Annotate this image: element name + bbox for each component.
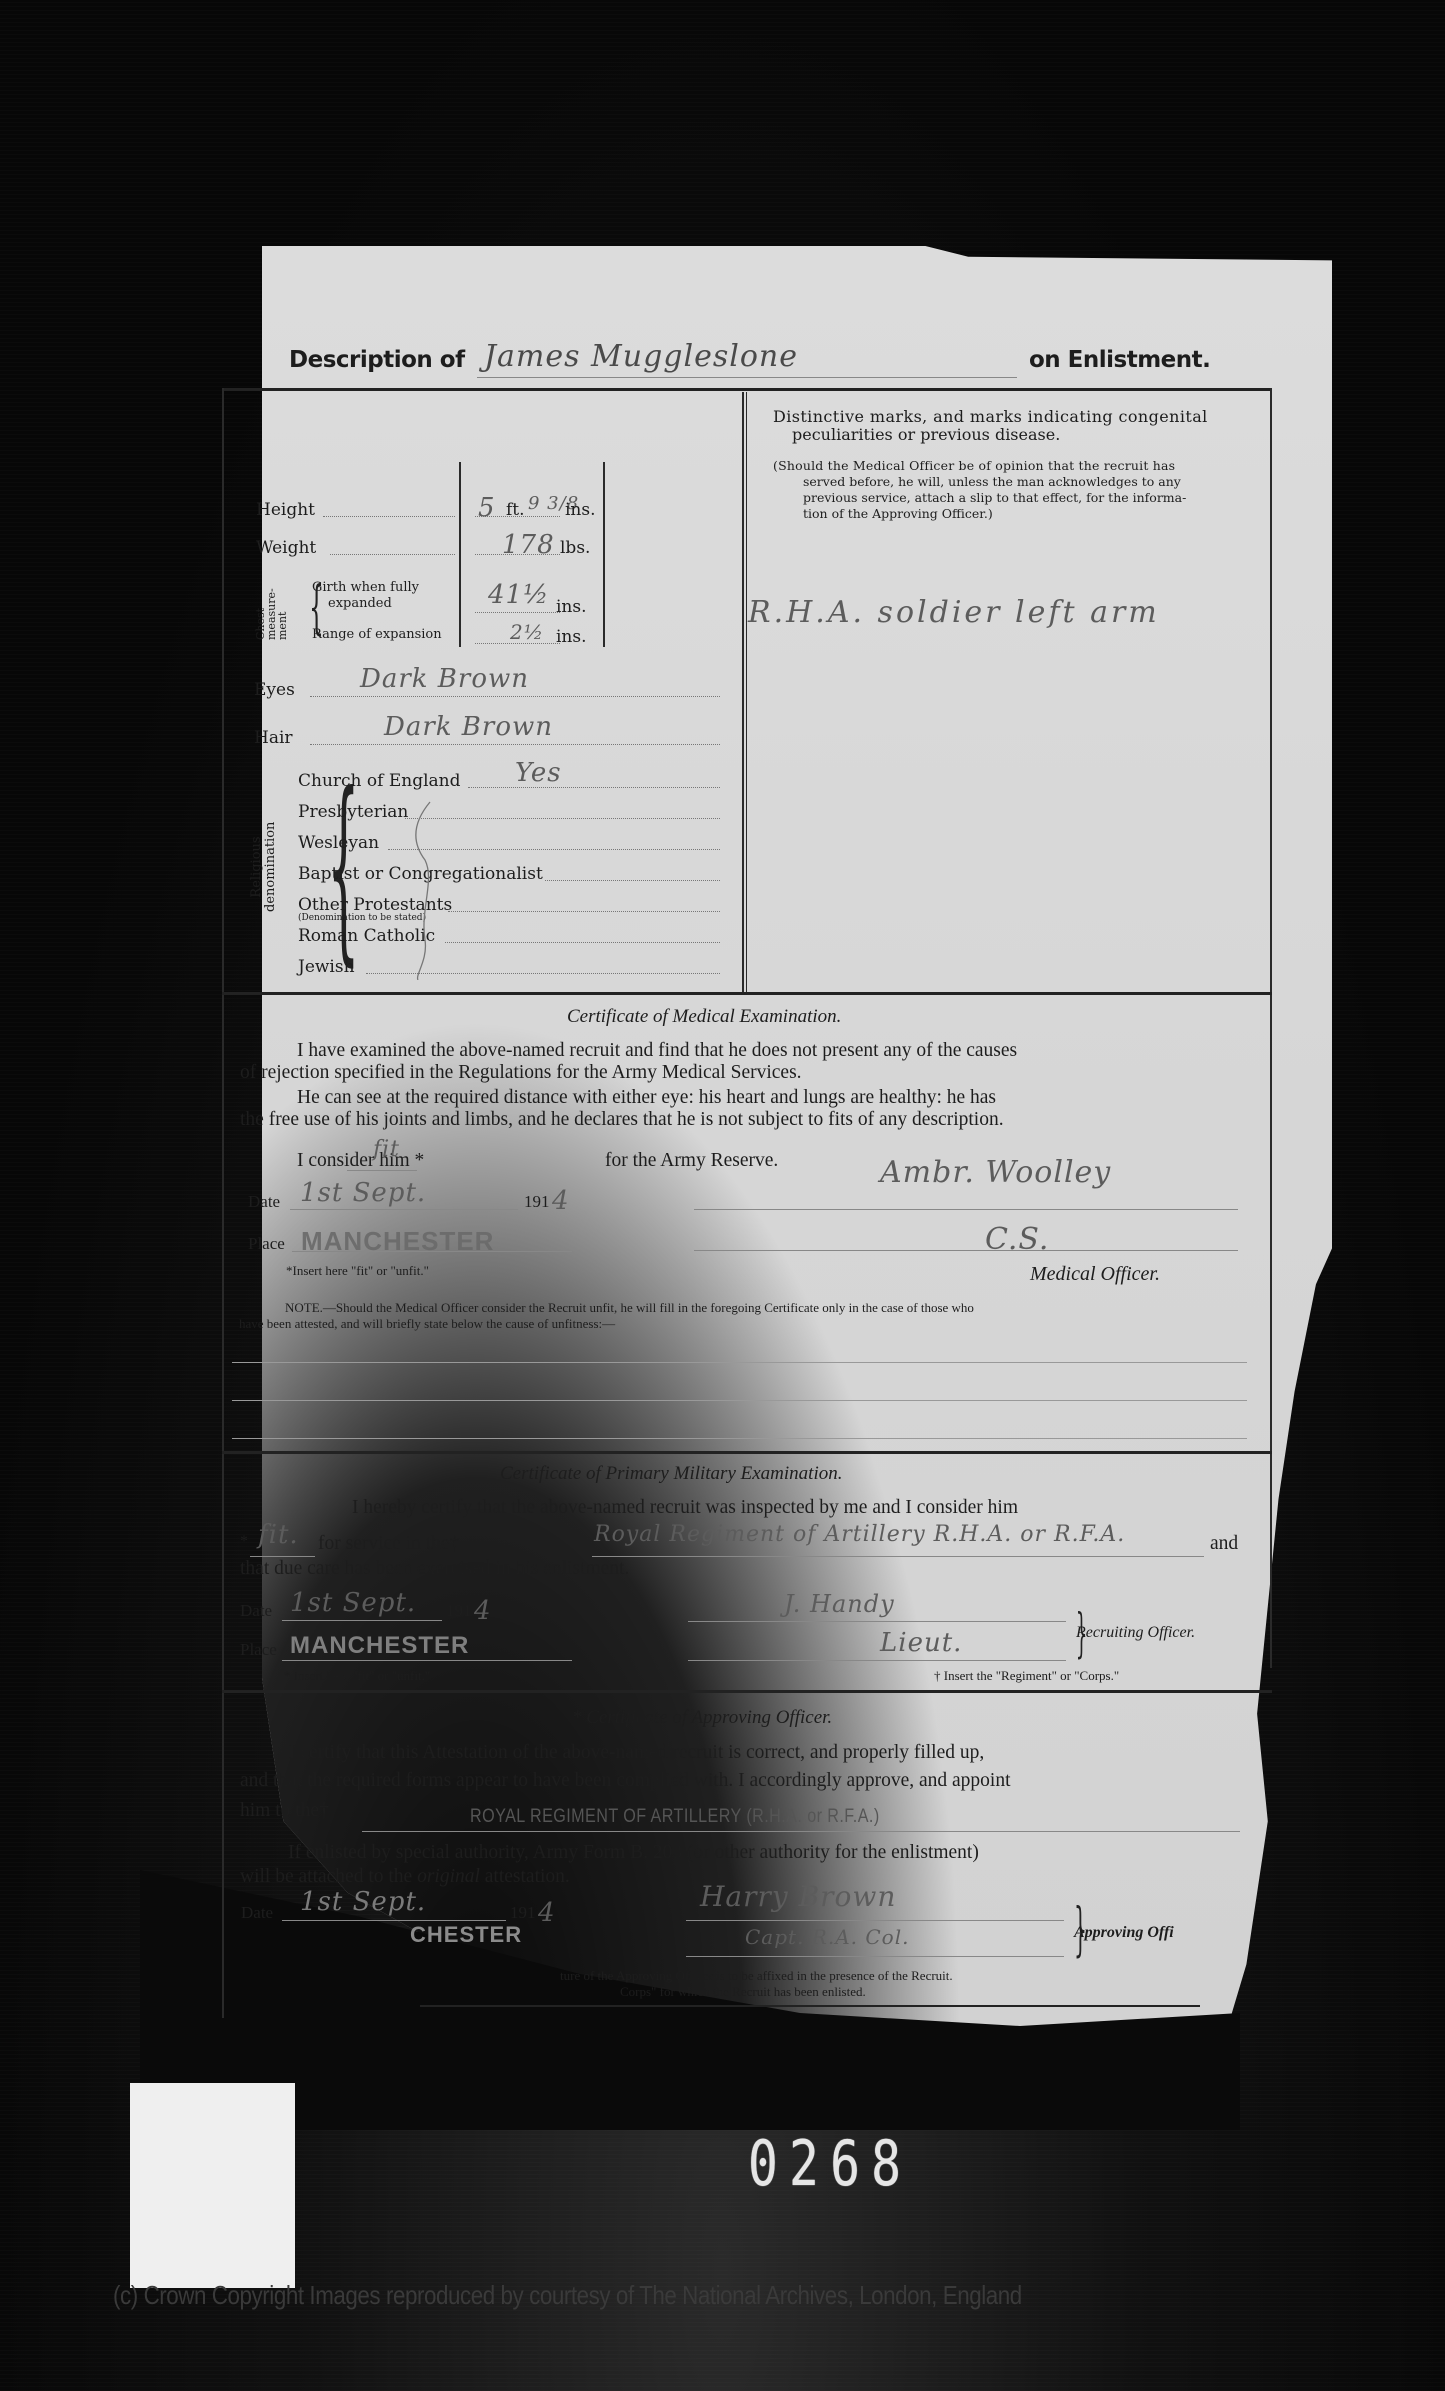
medical-heading: Certificate of Medical Examination. <box>567 1006 841 1028</box>
military-place-stamp: MANCHESTER <box>290 1632 469 1660</box>
religion-dots <box>545 880 720 881</box>
military-year-prefix: 191 <box>446 1601 472 1621</box>
frame-top-rule <box>222 388 1272 391</box>
medical-top-rule <box>222 992 1272 995</box>
military-date-value: 1st Sept. <box>290 1588 416 1618</box>
weight-value: 178 <box>502 530 555 560</box>
marks-note-4: tion of the Approving Officer.) <box>803 506 993 521</box>
approving-bottom-rule <box>420 2005 1200 2007</box>
height-ft-unit: ft. <box>506 500 525 520</box>
medical-consider-prefix: I consider him * <box>297 1150 424 1172</box>
title-suffix: on Enlistment. <box>1029 347 1210 373</box>
approving-line5-ital: original <box>417 1866 480 1887</box>
approving-sig-line <box>686 1920 1064 1921</box>
medical-date-line <box>290 1209 518 1210</box>
military-sig-line-2 <box>688 1660 1066 1661</box>
document-title: Description of James Muggleslone on Enli… <box>289 345 1249 390</box>
medical-sig-line <box>694 1209 1238 1210</box>
military-service-line <box>592 1556 1204 1557</box>
medical-para2-l2: the free use of his joints and limbs, an… <box>240 1109 1004 1131</box>
marks-heading-1: Distinctive marks, and marks indicating … <box>773 407 1208 426</box>
medical-year-digit: 4 <box>552 1186 570 1216</box>
medical-para1-l2: of rejection specified in the Regulation… <box>240 1062 802 1084</box>
approving-line5-pre: will be attached to the <box>240 1866 417 1887</box>
copyright-watermark: (c) Crown Copyright Images reproduced by… <box>113 2280 1022 2311</box>
medical-sig-line-2 <box>694 1250 1238 1251</box>
medical-place-label: Place <box>248 1234 285 1254</box>
name-line <box>477 377 1017 378</box>
marks-note-1: (Should the Medical Officer be of opinio… <box>773 458 1175 473</box>
height-label: Height <box>256 500 315 520</box>
religion-dots <box>445 942 720 943</box>
range-value: 2½ <box>510 620 544 644</box>
unfitness-line-2 <box>232 1400 1247 1401</box>
height-dots <box>323 516 455 517</box>
medical-note: NOTE.—Should the Medical Officer conside… <box>285 1300 974 1316</box>
military-top-rule <box>222 1451 1272 1454</box>
height-in-unit: ins. <box>565 500 596 520</box>
medical-date-label: Date <box>248 1192 280 1212</box>
military-year-digit: 4 <box>474 1596 492 1626</box>
approving-signature: Harry Brown <box>700 1880 896 1913</box>
medical-year-prefix: 191 <box>524 1192 550 1212</box>
frame-left-rule <box>222 388 224 2018</box>
girth-label-2: expanded <box>328 596 392 611</box>
approving-heading: * Certificate of Approving Officer. <box>572 1707 832 1729</box>
religion-ditto-stroke <box>410 800 440 980</box>
chest-label: Chest measure-ment <box>255 560 288 640</box>
approving-year-digit: 4 <box>538 1898 556 1928</box>
hair-label: Hair <box>254 728 293 748</box>
medical-consider-suffix: for the Army Reserve. <box>605 1150 778 1172</box>
girth-value-dots <box>475 612 560 613</box>
film-marker-card <box>130 2083 295 2288</box>
religion-wesleyan: Wesleyan <box>298 833 379 853</box>
approving-officer-label: Approving Offi <box>1074 1924 1174 1942</box>
approving-top-rule <box>222 1690 1272 1693</box>
title-prefix: Description of <box>289 347 465 373</box>
eyes-dots <box>310 696 720 697</box>
military-rank: Lieut. <box>880 1628 962 1658</box>
consider-line <box>347 1170 417 1171</box>
military-service-value: Royal Regiment of Artillery R.H.A. or R.… <box>594 1522 1125 1547</box>
approving-date-value: 1st Sept. <box>300 1887 426 1917</box>
military-fit-line <box>250 1556 315 1557</box>
military-date-line <box>282 1620 442 1621</box>
military-fit-star: * <box>240 1533 248 1551</box>
medical-signature: Ambr. Woolley <box>880 1155 1111 1190</box>
military-service-prefix: for service in the† <box>318 1533 459 1555</box>
frame-number: 0268 <box>748 2127 912 2200</box>
military-signature: J. Handy <box>784 1590 895 1618</box>
measure-col-left <box>459 462 461 647</box>
religion-dots <box>448 911 720 912</box>
approving-rank: Capt. R.A. Col. <box>745 1925 909 1949</box>
hair-dots <box>310 744 720 745</box>
approving-date-line <box>282 1920 506 1921</box>
religion-other-note: (Denomination to be stated) <box>298 913 426 923</box>
girth-unit: ins. <box>556 597 587 617</box>
girth-value: 41½ <box>488 580 549 610</box>
weight-label: Weight <box>256 538 316 558</box>
medical-signature-2: C.S. <box>985 1222 1049 1257</box>
medical-insert-note: *Insert here "fit" or "unfit." <box>286 1263 429 1279</box>
column-divider <box>742 392 744 992</box>
military-regiment-note: † Insert the "Regiment" or "Corps." <box>934 1668 1119 1684</box>
military-place-label: Place <box>240 1640 277 1660</box>
approving-line1: I certify that this Attestation of the a… <box>289 1742 984 1764</box>
military-fit-value: fit. <box>258 1520 299 1550</box>
medical-consider-value: fit <box>373 1137 400 1162</box>
approving-sig-line-2 <box>686 1956 1064 1957</box>
approving-year-prefix: 191 <box>510 1903 536 1923</box>
approving-date-label: Date <box>241 1903 273 1923</box>
military-heading: Certificate of Primary Military Examinat… <box>500 1463 842 1485</box>
approving-line4: If enlisted by special authority, Army F… <box>288 1842 979 1864</box>
approving-appoint-prefix: him to the† <box>240 1800 329 1822</box>
girth-label-1: Girth when fully <box>312 580 419 595</box>
religion-jewish: Jewish <box>298 957 355 977</box>
approving-line5: will be attached to the original attesta… <box>240 1866 570 1888</box>
eyes-label: Eyes <box>254 680 295 700</box>
military-line1: I hereby certify that the above-named re… <box>352 1497 1018 1519</box>
religion-church-of-england-value: Yes <box>515 758 562 788</box>
military-date-label: Date <box>240 1601 272 1621</box>
approving-footnote-2: Corps" for which the Recruit has been en… <box>620 1984 866 2000</box>
range-label: Range of expansion <box>312 627 442 642</box>
approving-place-stamp: CHESTER <box>410 1922 522 1948</box>
military-service-suffix: and <box>1210 1533 1238 1555</box>
medical-place-stamp: MANCHESTER <box>301 1226 494 1257</box>
medical-para1-l1: I have examined the above-named recruit … <box>297 1040 1017 1062</box>
hair-value: Dark Brown <box>384 712 553 742</box>
weight-unit: lbs. <box>560 538 590 558</box>
range-unit: ins. <box>556 627 587 647</box>
religion-dots <box>468 787 720 788</box>
marks-heading-2: peculiarities or previous disease. <box>792 425 1060 444</box>
religion-dots <box>405 818 720 819</box>
medical-date-value: 1st Sept. <box>300 1178 426 1208</box>
approving-line2: and that the required forms appear to ha… <box>240 1770 1011 1792</box>
military-place-line <box>282 1660 572 1661</box>
measure-col-right <box>603 462 605 647</box>
approving-footnote-1: ture of the Approving Officer is to be a… <box>560 1968 953 1984</box>
military-sig-line <box>688 1621 1066 1622</box>
frame-right-rule <box>1270 388 1272 1668</box>
approving-line5-post: attestation. <box>480 1866 570 1887</box>
column-divider-2 <box>746 392 747 992</box>
military-officer-label: Recruiting Officer. <box>1076 1624 1195 1642</box>
religion-presbyterian: Presbyterian <box>298 802 408 822</box>
medical-officer-label: Medical Officer. <box>1030 1263 1160 1286</box>
approving-appoint-stamp: ROYAL REGIMENT OF ARTILLERY (R.H.A. or R… <box>470 1806 880 1828</box>
marks-note-2: served before, he will, unless the man a… <box>803 474 1181 489</box>
weight-dots <box>330 554 455 555</box>
medical-para2-l1: He can see at the required distance with… <box>297 1087 996 1109</box>
unfitness-line-3 <box>232 1438 1247 1439</box>
medical-note-2: have been attested, and will briefly sta… <box>239 1316 615 1332</box>
approving-appoint-line <box>362 1831 1240 1832</box>
religion-church-of-england: Church of England <box>298 771 460 791</box>
marks-note-3: previous service, attach a slip to that … <box>803 490 1186 505</box>
eyes-value: Dark Brown <box>360 664 529 694</box>
military-line3: that due care has been exercised in his … <box>240 1558 629 1580</box>
marks-entry: R.H.A. soldier left arm <box>748 595 1160 630</box>
religion-group-label: Religious denomination <box>250 822 278 912</box>
recruit-name: James Muggleslone <box>484 339 798 374</box>
height-ft-value: 5 <box>478 493 496 523</box>
military-insert-note: * Insert here "fit" or "unfit." <box>284 1668 430 1684</box>
unfitness-line-1 <box>232 1362 1247 1363</box>
attestation-paper <box>262 246 1332 2036</box>
